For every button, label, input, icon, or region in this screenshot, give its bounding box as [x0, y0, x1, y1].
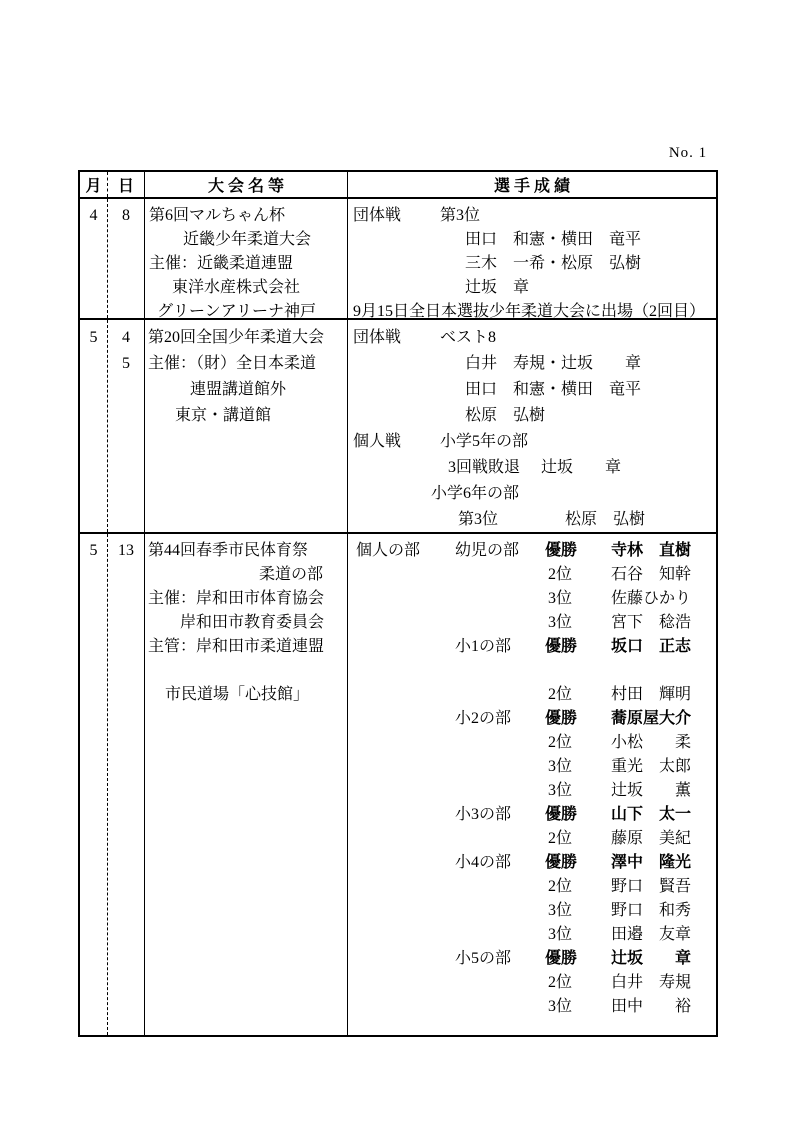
result-segment: 小4の部 [455, 851, 511, 875]
event-cell: 第44回春季市民体育祭柔道の部主催：岸和田市体育協会岸和田市教育委員会主管：岸和… [145, 534, 348, 1035]
result-line: 2位村田 輝明 [348, 683, 716, 707]
result-segment: 第3位 [440, 204, 480, 228]
result-segment: 白井 寿規・辻坂 章 [465, 351, 641, 377]
result-segment: 小学6年の部 [431, 481, 519, 507]
result-line: 小2の部優勝蕎原屋大介 [348, 707, 716, 731]
day-cell: 8 [108, 199, 145, 318]
header-day: 日 [108, 172, 145, 197]
result-segment: 野口 和秀 [611, 899, 691, 923]
table-row: 4 8 第6回マルちゃん杯近畿少年柔道大会主催：近畿柔道連盟東洋水産株式会社グリ… [80, 199, 716, 320]
event-line: 主管：岸和田市柔道連盟 [145, 635, 347, 659]
result-segment: 3位 [548, 587, 572, 611]
event-line: 主催：近畿柔道連盟 [145, 252, 347, 276]
result-segment: 3位 [548, 779, 572, 803]
result-segment: 田口 和憲・横田 竜平 [465, 377, 641, 403]
month-cell: 5 [80, 534, 108, 1035]
result-segment: 藤原 美紀 [611, 827, 691, 851]
result-segment: 2位 [548, 827, 572, 851]
result-segment: 松原 弘樹 [565, 507, 645, 533]
result-segment: 2位 [548, 731, 572, 755]
result-line: 団体戦ベスト8 [348, 325, 716, 351]
result-segment: 優勝 [545, 803, 577, 827]
result-segment: 辻坂 章 [465, 276, 529, 300]
result-line: 3位宮下 稔浩 [348, 611, 716, 635]
result-segment: 団体戦 [353, 204, 401, 228]
result-segment: 小1の部 [455, 635, 511, 659]
event-line: 東京・講道館 [145, 403, 347, 429]
results-cell: 団体戦第3位田口 和憲・横田 竜平三木 一希・松原 弘樹辻坂 章9月15日全日本… [348, 199, 716, 318]
results-cell: 個人の部幼児の部優勝寺林 直樹2位石谷 知幹3位佐藤ひかり3位宮下 稔浩小1の部… [348, 534, 716, 1035]
result-segment: 2位 [548, 971, 572, 995]
result-segment: 寺林 直樹 [611, 539, 691, 563]
result-segment: 優勝 [545, 707, 577, 731]
result-segment: 2位 [548, 563, 572, 587]
result-segment: 小松 柔 [611, 731, 691, 755]
event-line: 東洋水産株式会社 [145, 276, 347, 300]
result-segment: 三木 一希・松原 弘樹 [465, 252, 641, 276]
header-results: 選 手 成 績 [348, 172, 716, 197]
event-line: 連盟講道館外 [145, 377, 347, 403]
result-line: 3位重光 太郎 [348, 755, 716, 779]
result-line: 田口 和憲・横田 竜平 [348, 228, 716, 252]
result-line: 田口 和憲・横田 竜平 [348, 377, 716, 403]
result-line: 個人の部幼児の部優勝寺林 直樹 [348, 539, 716, 563]
event-line: 市民道場「心技館」 [145, 683, 347, 707]
result-segment: 3位 [548, 611, 572, 635]
result-segment: 団体戦 [353, 325, 401, 351]
result-segment: 佐藤ひかり [611, 587, 691, 611]
event-line: 主催：岸和田市体育協会 [145, 587, 347, 611]
result-segment: 蕎原屋大介 [611, 707, 691, 731]
result-segment: 2位 [548, 683, 572, 707]
result-segment: 田邉 友章 [611, 923, 691, 947]
result-segment: 松原 弘樹 [465, 403, 545, 429]
day-value: 5 [108, 351, 144, 377]
result-line: 小学6年の部 [348, 481, 716, 507]
result-segment: 個人の部 [356, 539, 420, 563]
result-line: 2位白井 寿規 [348, 971, 716, 995]
result-segment: 小3の部 [455, 803, 511, 827]
result-segment: 幼児の部 [455, 539, 519, 563]
result-segment: 優勝 [545, 851, 577, 875]
result-segment: 辻坂 薫 [611, 779, 691, 803]
result-line: 辻坂 章 [348, 276, 716, 300]
result-segment: 坂口 正志 [611, 635, 691, 659]
month-value: 5 [80, 539, 107, 563]
results-table: 月 日 大 会 名 等 選 手 成 績 4 8 第6回マルちゃん杯近畿少年柔道大… [78, 170, 718, 1037]
result-segment: 小学5年の部 [440, 429, 528, 455]
result-line: 第3位松原 弘樹 [348, 507, 716, 533]
result-segment: 重光 太郎 [611, 755, 691, 779]
result-segment: 石谷 知幹 [611, 563, 691, 587]
result-segment: 白井 寿規 [611, 971, 691, 995]
result-line: 白井 寿規・辻坂 章 [348, 351, 716, 377]
result-segment: 3位 [548, 755, 572, 779]
month-cell: 5 [80, 320, 108, 532]
event-line: 近畿少年柔道大会 [145, 228, 347, 252]
result-segment: 田中 裕 [611, 995, 691, 1019]
result-segment: 3位 [548, 923, 572, 947]
event-cell: 第6回マルちゃん杯近畿少年柔道大会主催：近畿柔道連盟東洋水産株式会社グリーンアリ… [145, 199, 348, 318]
sheet-number: No. 1 [658, 145, 718, 162]
result-line: 三木 一希・松原 弘樹 [348, 252, 716, 276]
result-line: 団体戦第3位 [348, 204, 716, 228]
result-segment: 3位 [548, 899, 572, 923]
table-body: 4 8 第6回マルちゃん杯近畿少年柔道大会主催：近畿柔道連盟東洋水産株式会社グリ… [80, 199, 716, 1035]
event-line: 岸和田市教育委員会 [145, 611, 347, 635]
result-line: 3位野口 和秀 [348, 899, 716, 923]
event-line: 主催：（財）全日本柔道 [145, 351, 347, 377]
result-segment: 9月15日全日本選抜少年柔道大会に出場（2回目） [353, 300, 705, 324]
result-segment: ベスト8 [440, 325, 496, 351]
result-line: 3位田邉 友章 [348, 923, 716, 947]
event-line: 第20回全国少年柔道大会 [145, 325, 347, 351]
result-segment: 優勝 [545, 635, 577, 659]
day-cell: 13 [108, 534, 145, 1035]
month-cell: 4 [80, 199, 108, 318]
result-line: 2位石谷 知幹 [348, 563, 716, 587]
result-segment: 小2の部 [455, 707, 511, 731]
day-cell: 45 [108, 320, 145, 532]
month-value: 4 [80, 204, 107, 228]
event-line: 第44回春季市民体育祭 [145, 539, 347, 563]
result-segment: 優勝 [545, 539, 577, 563]
result-segment: 個人戦 [353, 429, 401, 455]
header-month: 月 [80, 172, 108, 197]
result-line: 3位辻坂 薫 [348, 779, 716, 803]
result-line: 3回戦敗退辻坂 章 [348, 455, 716, 481]
result-line: 2位藤原 美紀 [348, 827, 716, 851]
result-segment: 辻坂 章 [541, 455, 621, 481]
result-segment: 第3位 [458, 507, 498, 533]
day-value: 13 [108, 539, 144, 563]
month-value: 5 [80, 325, 107, 351]
results-cell: 団体戦ベスト8白井 寿規・辻坂 章田口 和憲・横田 竜平松原 弘樹個人戦小学5年… [348, 320, 716, 532]
day-value: 8 [108, 204, 144, 228]
result-segment: 3回戦敗退 [448, 455, 520, 481]
result-segment: 野口 賢吾 [611, 875, 691, 899]
day-value: 4 [108, 325, 144, 351]
table-row: 5 13 第44回春季市民体育祭柔道の部主催：岸和田市体育協会岸和田市教育委員会… [80, 534, 716, 1035]
result-segment: 2位 [548, 875, 572, 899]
event-cell: 第20回全国少年柔道大会主催：（財）全日本柔道連盟講道館外東京・講道館 [145, 320, 348, 532]
result-line: 松原 弘樹 [348, 403, 716, 429]
result-segment: 田口 和憲・横田 竜平 [465, 228, 641, 252]
document-page: No. 1 月 日 大 会 名 等 選 手 成 績 4 8 第6回マルちゃん杯近… [0, 0, 794, 1123]
result-line: 小5の部優勝辻坂 章 [348, 947, 716, 971]
result-line: 2位小松 柔 [348, 731, 716, 755]
table-row: 5 45 第20回全国少年柔道大会主催：（財）全日本柔道連盟講道館外東京・講道館… [80, 320, 716, 534]
result-line: 2位野口 賢吾 [348, 875, 716, 899]
table-header-row: 月 日 大 会 名 等 選 手 成 績 [80, 172, 716, 199]
event-line: 第6回マルちゃん杯 [145, 204, 347, 228]
event-line: 柔道の部 [145, 563, 347, 587]
result-segment: 辻坂 章 [611, 947, 691, 971]
result-segment: 澤中 隆光 [611, 851, 691, 875]
result-segment: 3位 [548, 995, 572, 1019]
result-line: 9月15日全日本選抜少年柔道大会に出場（2回目） [348, 300, 716, 324]
result-line [348, 659, 716, 683]
result-segment: 優勝 [545, 947, 577, 971]
result-segment: 村田 輝明 [611, 683, 691, 707]
result-line: 3位田中 裕 [348, 995, 716, 1019]
result-segment: 小5の部 [455, 947, 511, 971]
result-line: 小1の部優勝坂口 正志 [348, 635, 716, 659]
result-segment: 山下 太一 [611, 803, 691, 827]
event-line [145, 659, 347, 683]
result-line: 小3の部優勝山下 太一 [348, 803, 716, 827]
result-segment: 宮下 稔浩 [611, 611, 691, 635]
result-line: 個人戦小学5年の部 [348, 429, 716, 455]
result-line: 小4の部優勝澤中 隆光 [348, 851, 716, 875]
header-event: 大 会 名 等 [145, 172, 348, 197]
result-line: 3位佐藤ひかり [348, 587, 716, 611]
